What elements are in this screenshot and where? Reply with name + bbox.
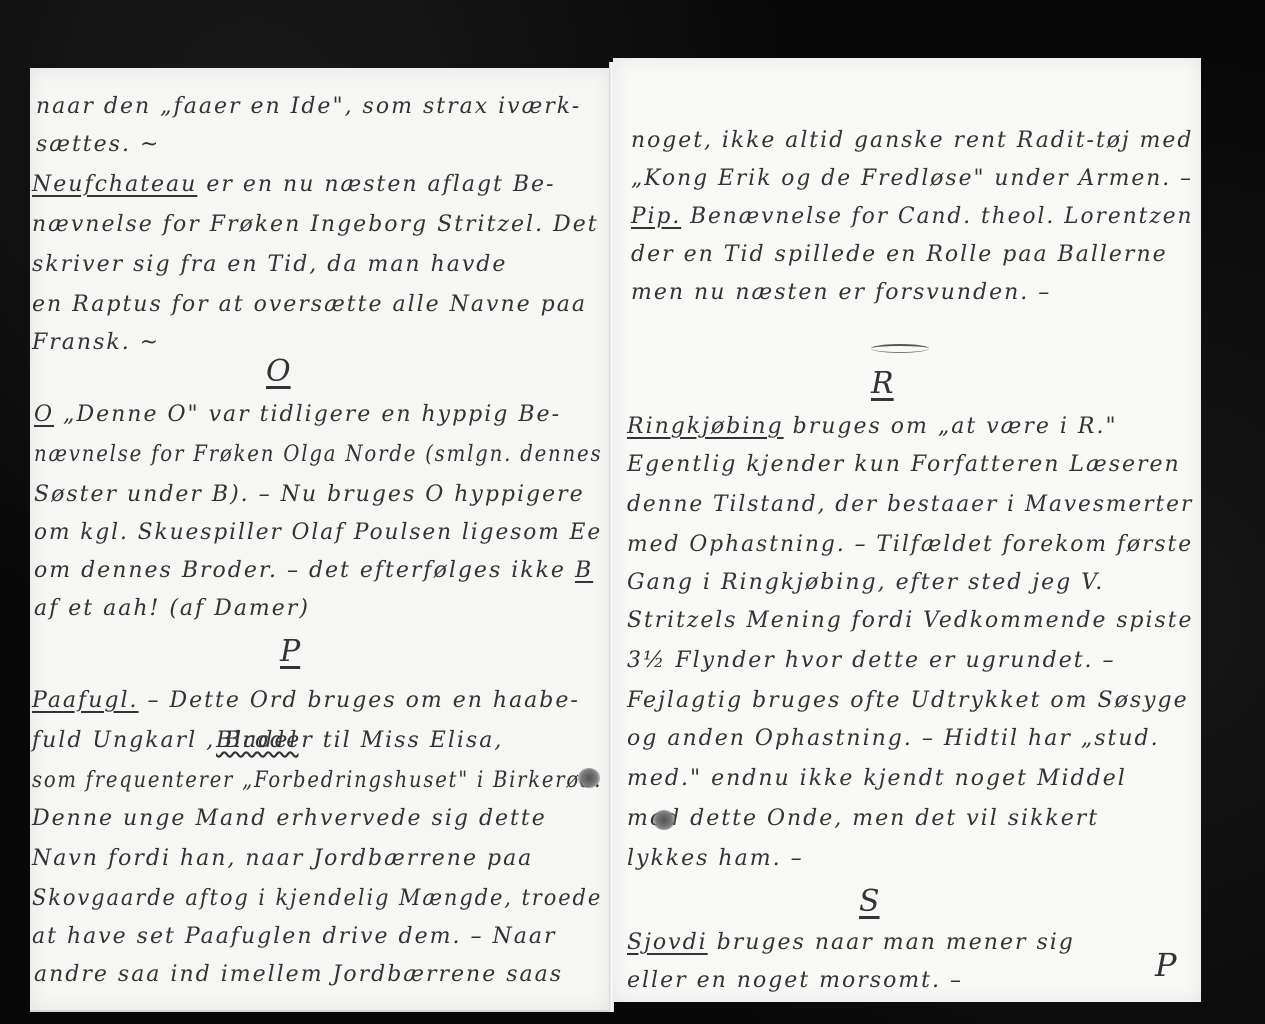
entry-term-sjovdi: Sjovdi xyxy=(627,930,708,955)
manuscript-line: sættes. ~ xyxy=(36,132,160,157)
entry-term-bladel: Bladel xyxy=(216,728,298,753)
entry-term-pip: Pip. xyxy=(631,204,681,229)
manuscript-text: bruges om „at være i R." xyxy=(793,414,1118,439)
entry-line-pip: Pip. Benævnelse for Cand. theol. Lorentz… xyxy=(631,204,1193,229)
entry-term-o: O xyxy=(34,402,54,427)
manuscript-text: „Denne O" var tidligere en hyppig Be- xyxy=(63,402,561,427)
entry-term-neufchateau: Neufchateau xyxy=(32,172,197,197)
manuscript-text: Benævnelse for Cand. theol. Lorentzen xyxy=(690,204,1193,229)
section-divider-flourish xyxy=(871,344,929,353)
entry-line-paafugl: Paafugl. – Dette Ord bruges om en haabe- xyxy=(32,688,580,713)
ink-stain xyxy=(653,810,675,830)
manuscript-line: Skovgaarde aftog i kjendelig Mængde, tro… xyxy=(32,886,602,911)
manuscript-line: Søster under B). – Nu bruges O hyppigere xyxy=(34,482,585,507)
left-page: naar den „faaer en Ide", som strax iværk… xyxy=(30,68,610,1012)
manuscript-text: er en nu næsten aflagt Be- xyxy=(206,172,555,197)
section-heading-s: S xyxy=(859,884,880,919)
manuscript-line: skriver sig fra en Tid, da man havde xyxy=(32,252,507,277)
entry-term-ringkjobing: Ringkjøbing xyxy=(627,414,784,439)
manuscript-text: om dennes Broder. – det efterfølges ikke xyxy=(34,558,566,583)
manuscript-line: nævnelse for Frøken Ingeborg Stritzel. D… xyxy=(32,212,599,237)
manuscript-text: bruges naar man mener sig xyxy=(717,930,1075,955)
margin-mark: P xyxy=(1155,946,1177,984)
manuscript-line: denne Tilstand, der bestaaer i Mavesmert… xyxy=(627,492,1193,517)
section-heading-o: O xyxy=(266,354,291,389)
manuscript-line: 3½ Flynder hvor dette er ugrundet. – xyxy=(627,648,1116,673)
manuscript-line: med." endnu ikke kjendt noget Middel xyxy=(627,766,1127,791)
manuscript-line: Fransk. ~ xyxy=(32,330,160,355)
manuscript-line: der en Tid spillede en Rolle paa Ballern… xyxy=(631,242,1168,267)
entry-line-sjovdi: Sjovdi bruges naar man mener sig xyxy=(627,930,1075,955)
manuscript-line: at have set Paafuglen drive dem. – Naar xyxy=(32,924,557,949)
section-heading-p: P xyxy=(280,634,300,669)
entry-line-b-ref: om dennes Broder. – det efterfølges ikke… xyxy=(34,558,593,583)
entry-line-neufchateau: Neufchateau er en nu næsten aflagt Be- xyxy=(32,172,556,197)
manuscript-line: Stritzels Mening fordi Vedkommende spist… xyxy=(627,608,1193,633)
manuscript-line: Fejlagtig bruges ofte Udtrykket om Søsyg… xyxy=(627,688,1189,713)
manuscript-line: Gang i Ringkjøbing, efter sted jeg V. xyxy=(627,570,1104,595)
manuscript-line: men nu næsten er forsvunden. – xyxy=(631,280,1051,305)
manuscript-line: en Raptus for at oversætte alle Navne pa… xyxy=(32,292,587,317)
manuscript-line: Egentlig kjender kun Forfatteren Læseren xyxy=(627,452,1181,477)
manuscript-line: naar den „faaer en Ide", som strax iværk… xyxy=(36,94,581,119)
manuscript-line: Denne unge Mand erhvervede sig dette xyxy=(32,806,547,831)
manuscript-line: med Ophastning. – Tilfældet forekom førs… xyxy=(627,532,1193,557)
manuscript-line: andre saa ind imellem Jordbærrene saas xyxy=(34,962,563,987)
manuscript-line: Navn fordi han, naar Jordbærrene paa xyxy=(32,846,533,871)
manuscript-line: lykkes ham. – xyxy=(627,846,804,871)
manuscript-line: mod dette Onde, men det vil sikkert xyxy=(627,806,1099,831)
cross-reference-b: B xyxy=(575,558,593,583)
entry-line-ringkjobing: Ringkjøbing bruges om „at være i R." xyxy=(627,414,1118,439)
manuscript-line: som frequenterer „Forbedringshuset" i Bi… xyxy=(32,768,602,793)
manuscript-line: nævnelse for Frøken Olga Norde (smlgn. d… xyxy=(34,442,602,467)
entry-term-paafugl: Paafugl. xyxy=(32,688,138,713)
manuscript-line: noget, ikke altid ganske rent Radit-tøj … xyxy=(631,128,1193,153)
manuscript-line: „Kong Erik og de Fredløse" under Armen. … xyxy=(631,166,1193,191)
ink-stain xyxy=(578,768,600,788)
manuscript-text: – Dette Ord bruges om en haabe- xyxy=(147,688,579,713)
manuscript-line: af et aah! (af Damer) xyxy=(34,596,310,621)
entry-line-o: O „Denne O" var tidligere en hyppig Be- xyxy=(34,402,561,427)
manuscript-line: om kgl. Skuespiller Olaf Poulsen ligesom… xyxy=(34,520,602,545)
manuscript-line: eller en noget morsomt. – xyxy=(627,968,963,993)
right-page: noget, ikke altid ganske rent Radit-tøj … xyxy=(613,58,1201,1002)
section-heading-r: R xyxy=(871,366,894,401)
manuscript-line: og anden Ophastning. – Hidtil har „stud. xyxy=(627,726,1160,751)
